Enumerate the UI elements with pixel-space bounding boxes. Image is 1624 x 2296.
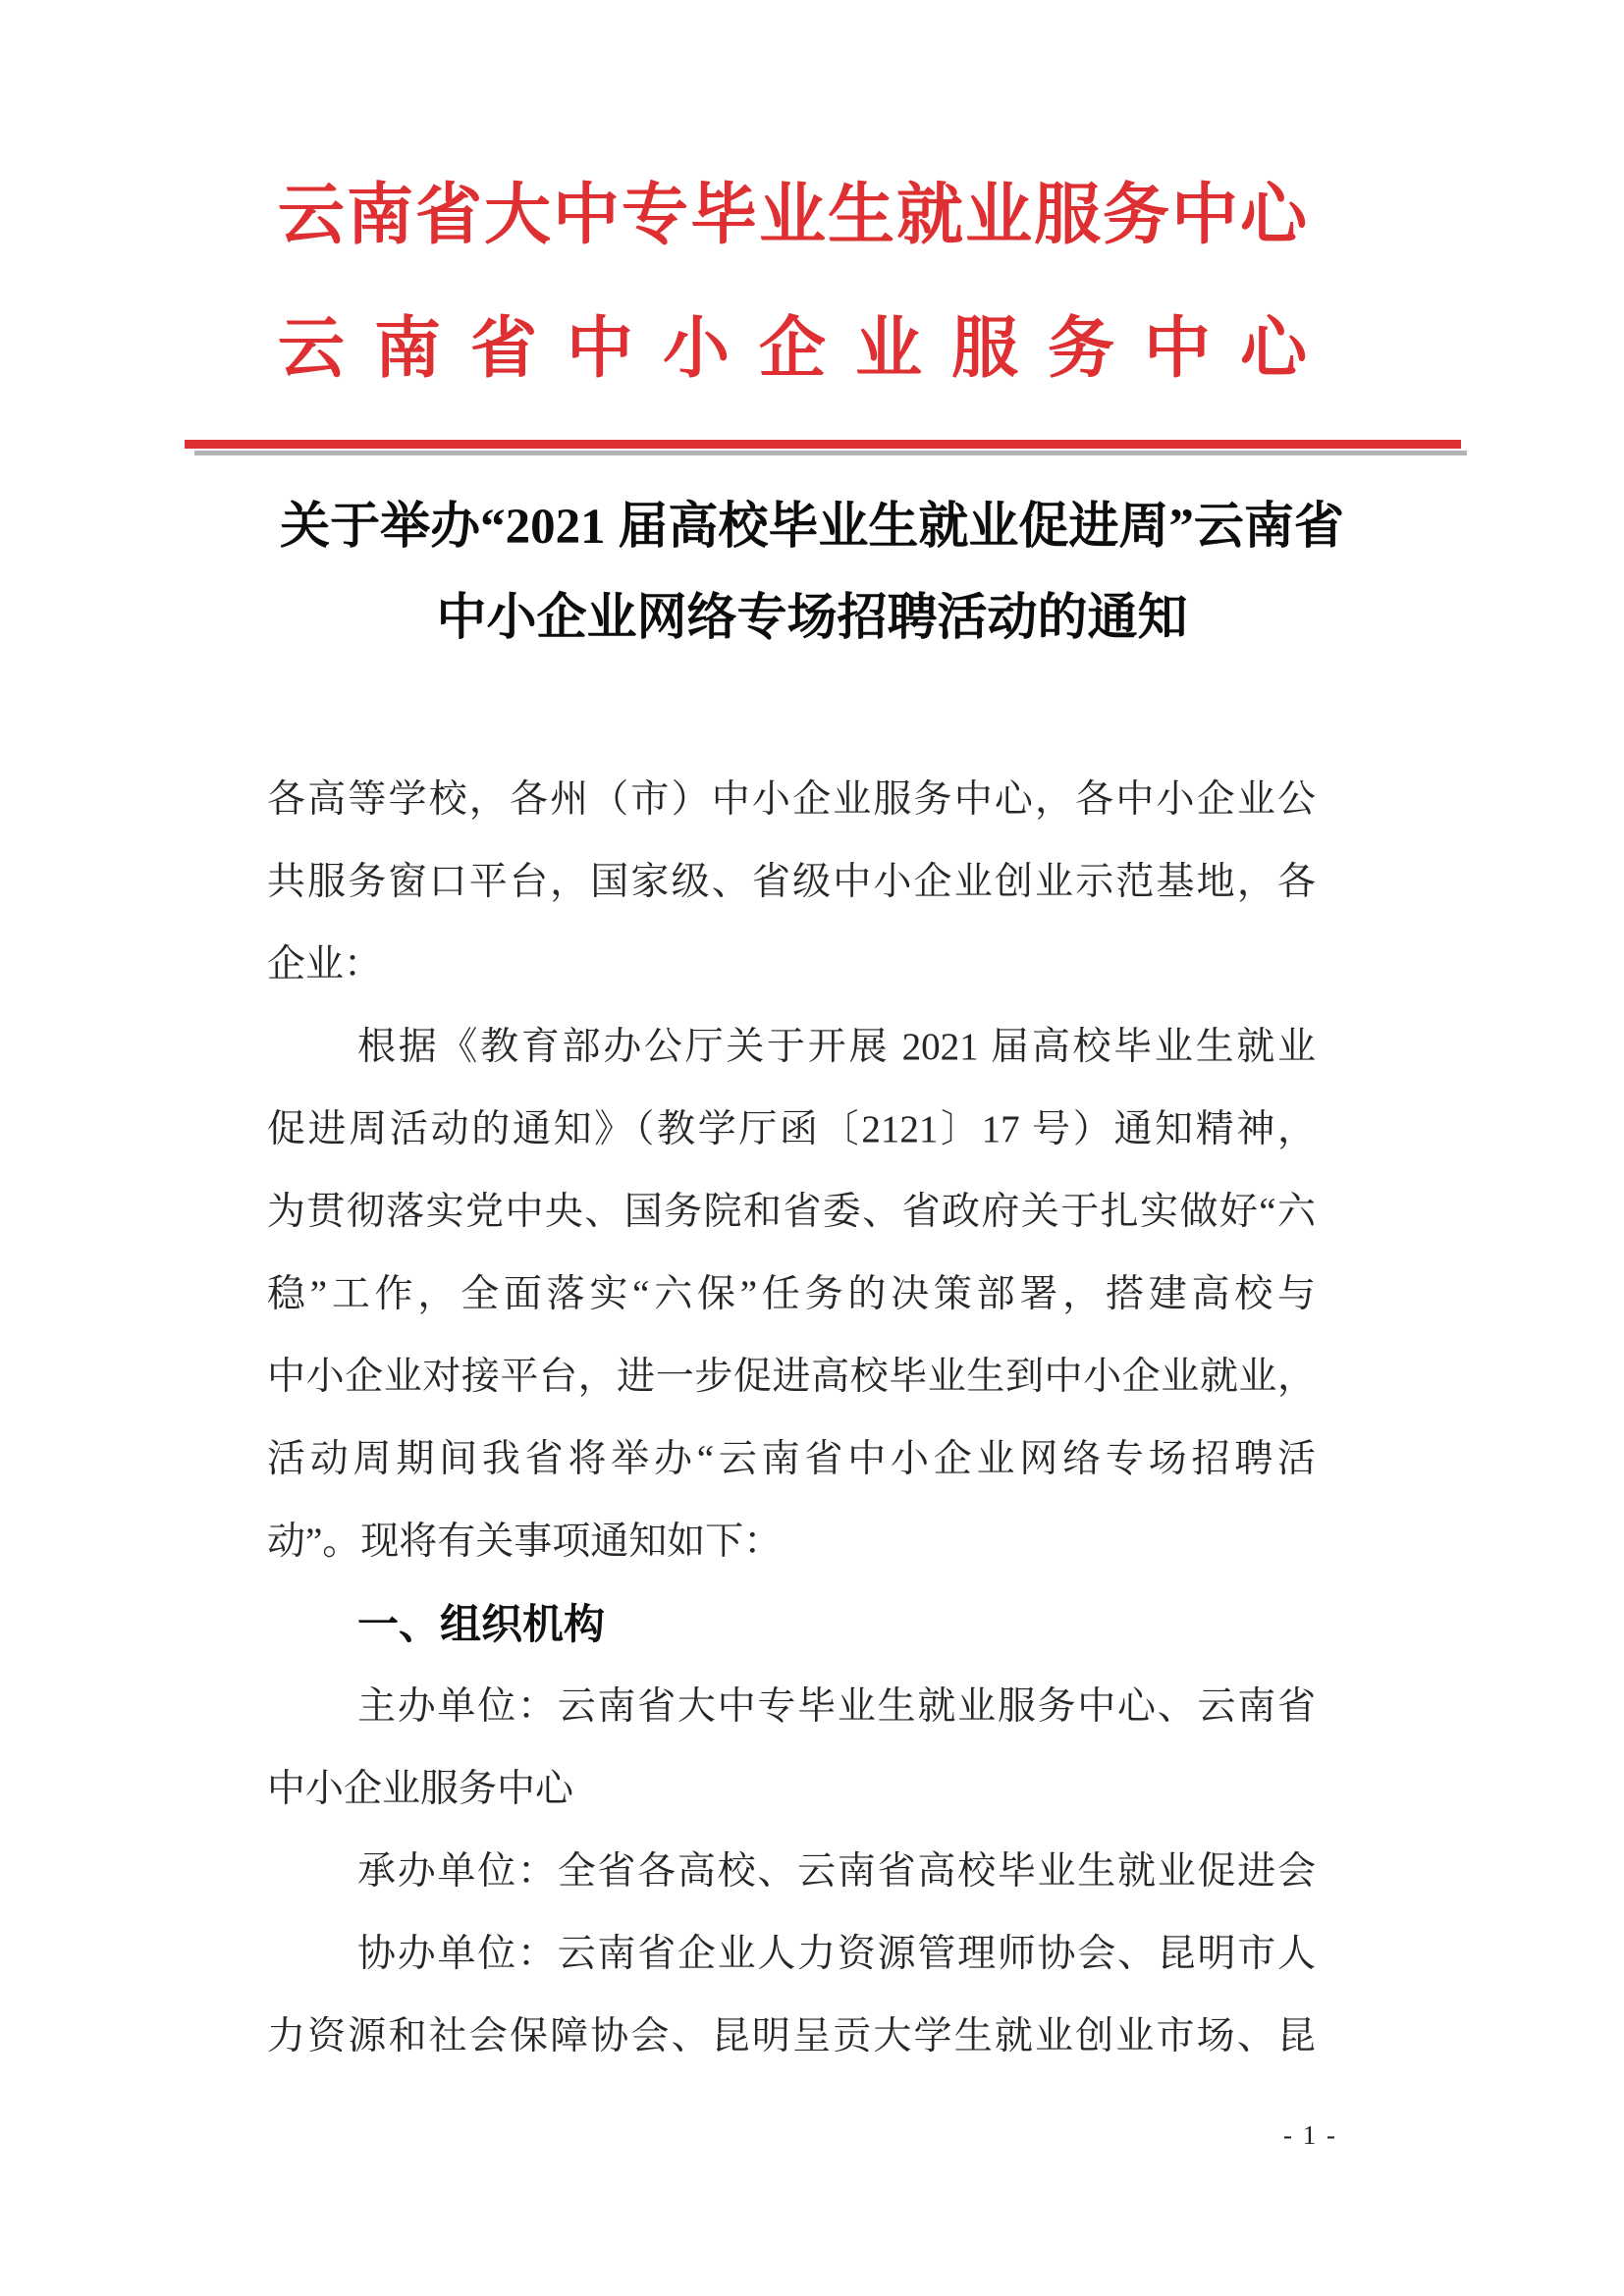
letterhead-red-divider: [185, 440, 1461, 449]
letterhead-org-line-2: 云南省中小企业服务中心: [278, 312, 1307, 386]
document-page: 云南省大中专毕业生就业服务中心 云南省中小企业服务中心 关于举办“2021 届高…: [0, 0, 1624, 2296]
document-title-line-1: 关于举办“2021 届高校毕业生就业促进周”云南省: [147, 499, 1477, 557]
body-line: 中小企业服务中心: [267, 1748, 1316, 1831]
body-line: 企业：: [267, 924, 1316, 1006]
body-line: 中小企业对接平台，进一步促进高校毕业生到中小企业就业，: [267, 1336, 1316, 1418]
body-line: 各高等学校，各州（市）中小企业服务中心，各中小企业公: [267, 759, 1316, 841]
page-number: - 1 -: [1283, 2120, 1337, 2151]
body-line: 为贯彻落实党中央、国务院和省委、省政府关于扎实做好“六: [267, 1171, 1316, 1254]
body-line: 力资源和社会保障协会、昆明呈贡大学生就业创业市场、昆: [267, 1996, 1316, 2078]
body-line: 促进周活动的通知》（教学厅函〔2121〕17 号）通知精神，: [267, 1089, 1316, 1171]
body-line: 共服务窗口平台，国家级、省级中小企业创业示范基地，各: [267, 841, 1316, 924]
body-line: 协办单位：云南省企业人力资源管理师协会、昆明市人: [267, 1913, 1316, 1996]
letterhead-divider-shadow: [194, 451, 1467, 455]
body-line: 主办单位：云南省大中专毕业生就业服务中心、云南省: [267, 1666, 1316, 1748]
document-title-line-2: 中小企业网络专场招聘活动的通知: [147, 590, 1477, 648]
body-line: 根据《教育部办公厅关于开展 2021 届高校毕业生就业: [267, 1006, 1316, 1089]
body-line: 稳”工作，全面落实“六保”任务的决策部署，搭建高校与: [267, 1254, 1316, 1336]
document-body: 各高等学校，各州（市）中小企业服务中心，各中小企业公 共服务窗口平台，国家级、省…: [267, 759, 1316, 2078]
section-heading-organization: 一、组织机构: [267, 1583, 1316, 1666]
body-line: 承办单位：全省各高校、云南省高校毕业生就业促进会: [267, 1831, 1316, 1913]
body-line: 活动周期间我省将举办“云南省中小企业网络专场招聘活: [267, 1418, 1316, 1501]
body-line: 动”。现将有关事项通知如下：: [267, 1501, 1316, 1583]
letterhead-org-line-1: 云南省大中专毕业生就业服务中心: [278, 179, 1307, 252]
